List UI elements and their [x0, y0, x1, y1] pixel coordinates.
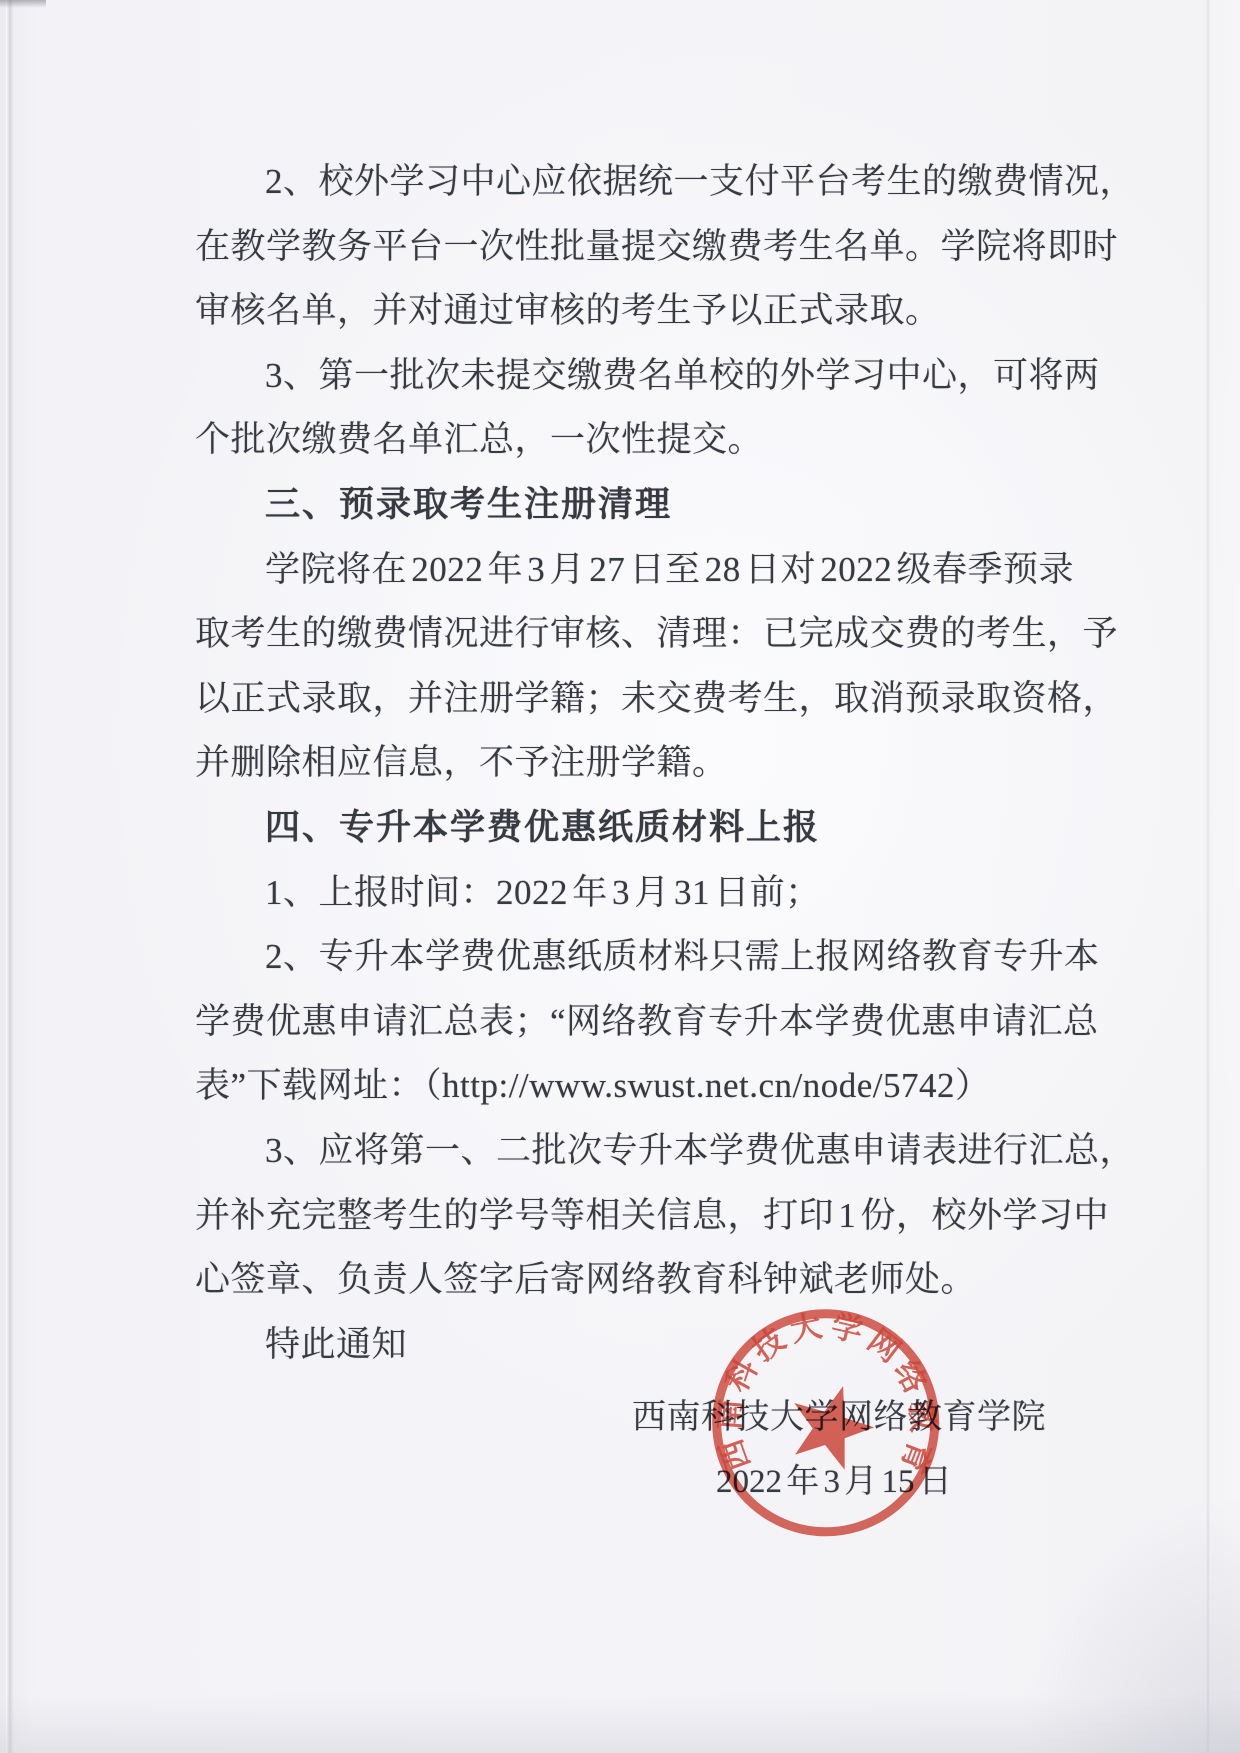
document-line: 学院将在 2022 年 3 月 27 日至 28 日对 2022 级春季预录	[195, 538, 1063, 603]
document-line: 表”下载网址：（http://www.swust.net.cn/node/574…	[195, 1054, 1063, 1119]
document-line: 3、第一批次未提交缴费名单校的外学习中心，可将两	[195, 344, 1063, 409]
page-left-crease	[6, 0, 14, 1753]
document-line: 四、专升本学费优惠纸质材料上报	[195, 796, 1063, 861]
document-line: 3、应将第一、二批次专升本学费优惠申请表进行汇总，	[195, 1119, 1063, 1184]
document-line: 取考生的缴费情况进行审核、清理：已完成交费的考生，予	[195, 602, 1063, 667]
document-line: 并补充完整考生的学号等相关信息，打印 1 份，校外学习中	[195, 1184, 1063, 1249]
document-line: 以正式录取，并注册学籍；未交费考生，取消预录取资格，	[195, 667, 1063, 732]
star-icon	[780, 1374, 883, 1475]
document-line: 三、预录取考生注册清理	[195, 473, 1063, 538]
page-corner-shade	[1020, 1493, 1240, 1753]
document-line: 审核名单，并对通过审核的考生予以正式录取。	[195, 279, 1063, 344]
document-line: 1、上报时间：2022 年 3 月 31 日前；	[195, 861, 1063, 926]
scanned-notice-page: 2、校外学习中心应依据统一支付平台考生的缴费情况，在教学教务平台一次性批量提交缴…	[0, 0, 1240, 1753]
scan-corner-artifact	[0, 0, 46, 8]
document-line: 并删除相应信息，不予注册学籍。	[195, 731, 1063, 796]
document-line: 在教学教务平台一次性批量提交缴费考生名单。学院将即时	[195, 215, 1063, 280]
document-body: 2、校外学习中心应依据统一支付平台考生的缴费情况，在教学教务平台一次性批量提交缴…	[195, 150, 1063, 1377]
official-seal: 西南科技大学网络教育学院	[682, 1285, 975, 1578]
document-line: 2、校外学习中心应依据统一支付平台考生的缴费情况，	[195, 150, 1063, 215]
document-line: 2、专升本学费优惠纸质材料只需上报网络教育专升本	[195, 925, 1063, 990]
document-line: 心签章、负责人签字后寄网络教育科钟斌老师处。	[195, 1248, 1063, 1313]
page-right-crease	[1206, 0, 1210, 1753]
document-line: 学费优惠申请汇总表；“网络教育专升本学费优惠申请汇总	[195, 990, 1063, 1055]
document-line: 个批次缴费名单汇总，一次性提交。	[195, 408, 1063, 473]
